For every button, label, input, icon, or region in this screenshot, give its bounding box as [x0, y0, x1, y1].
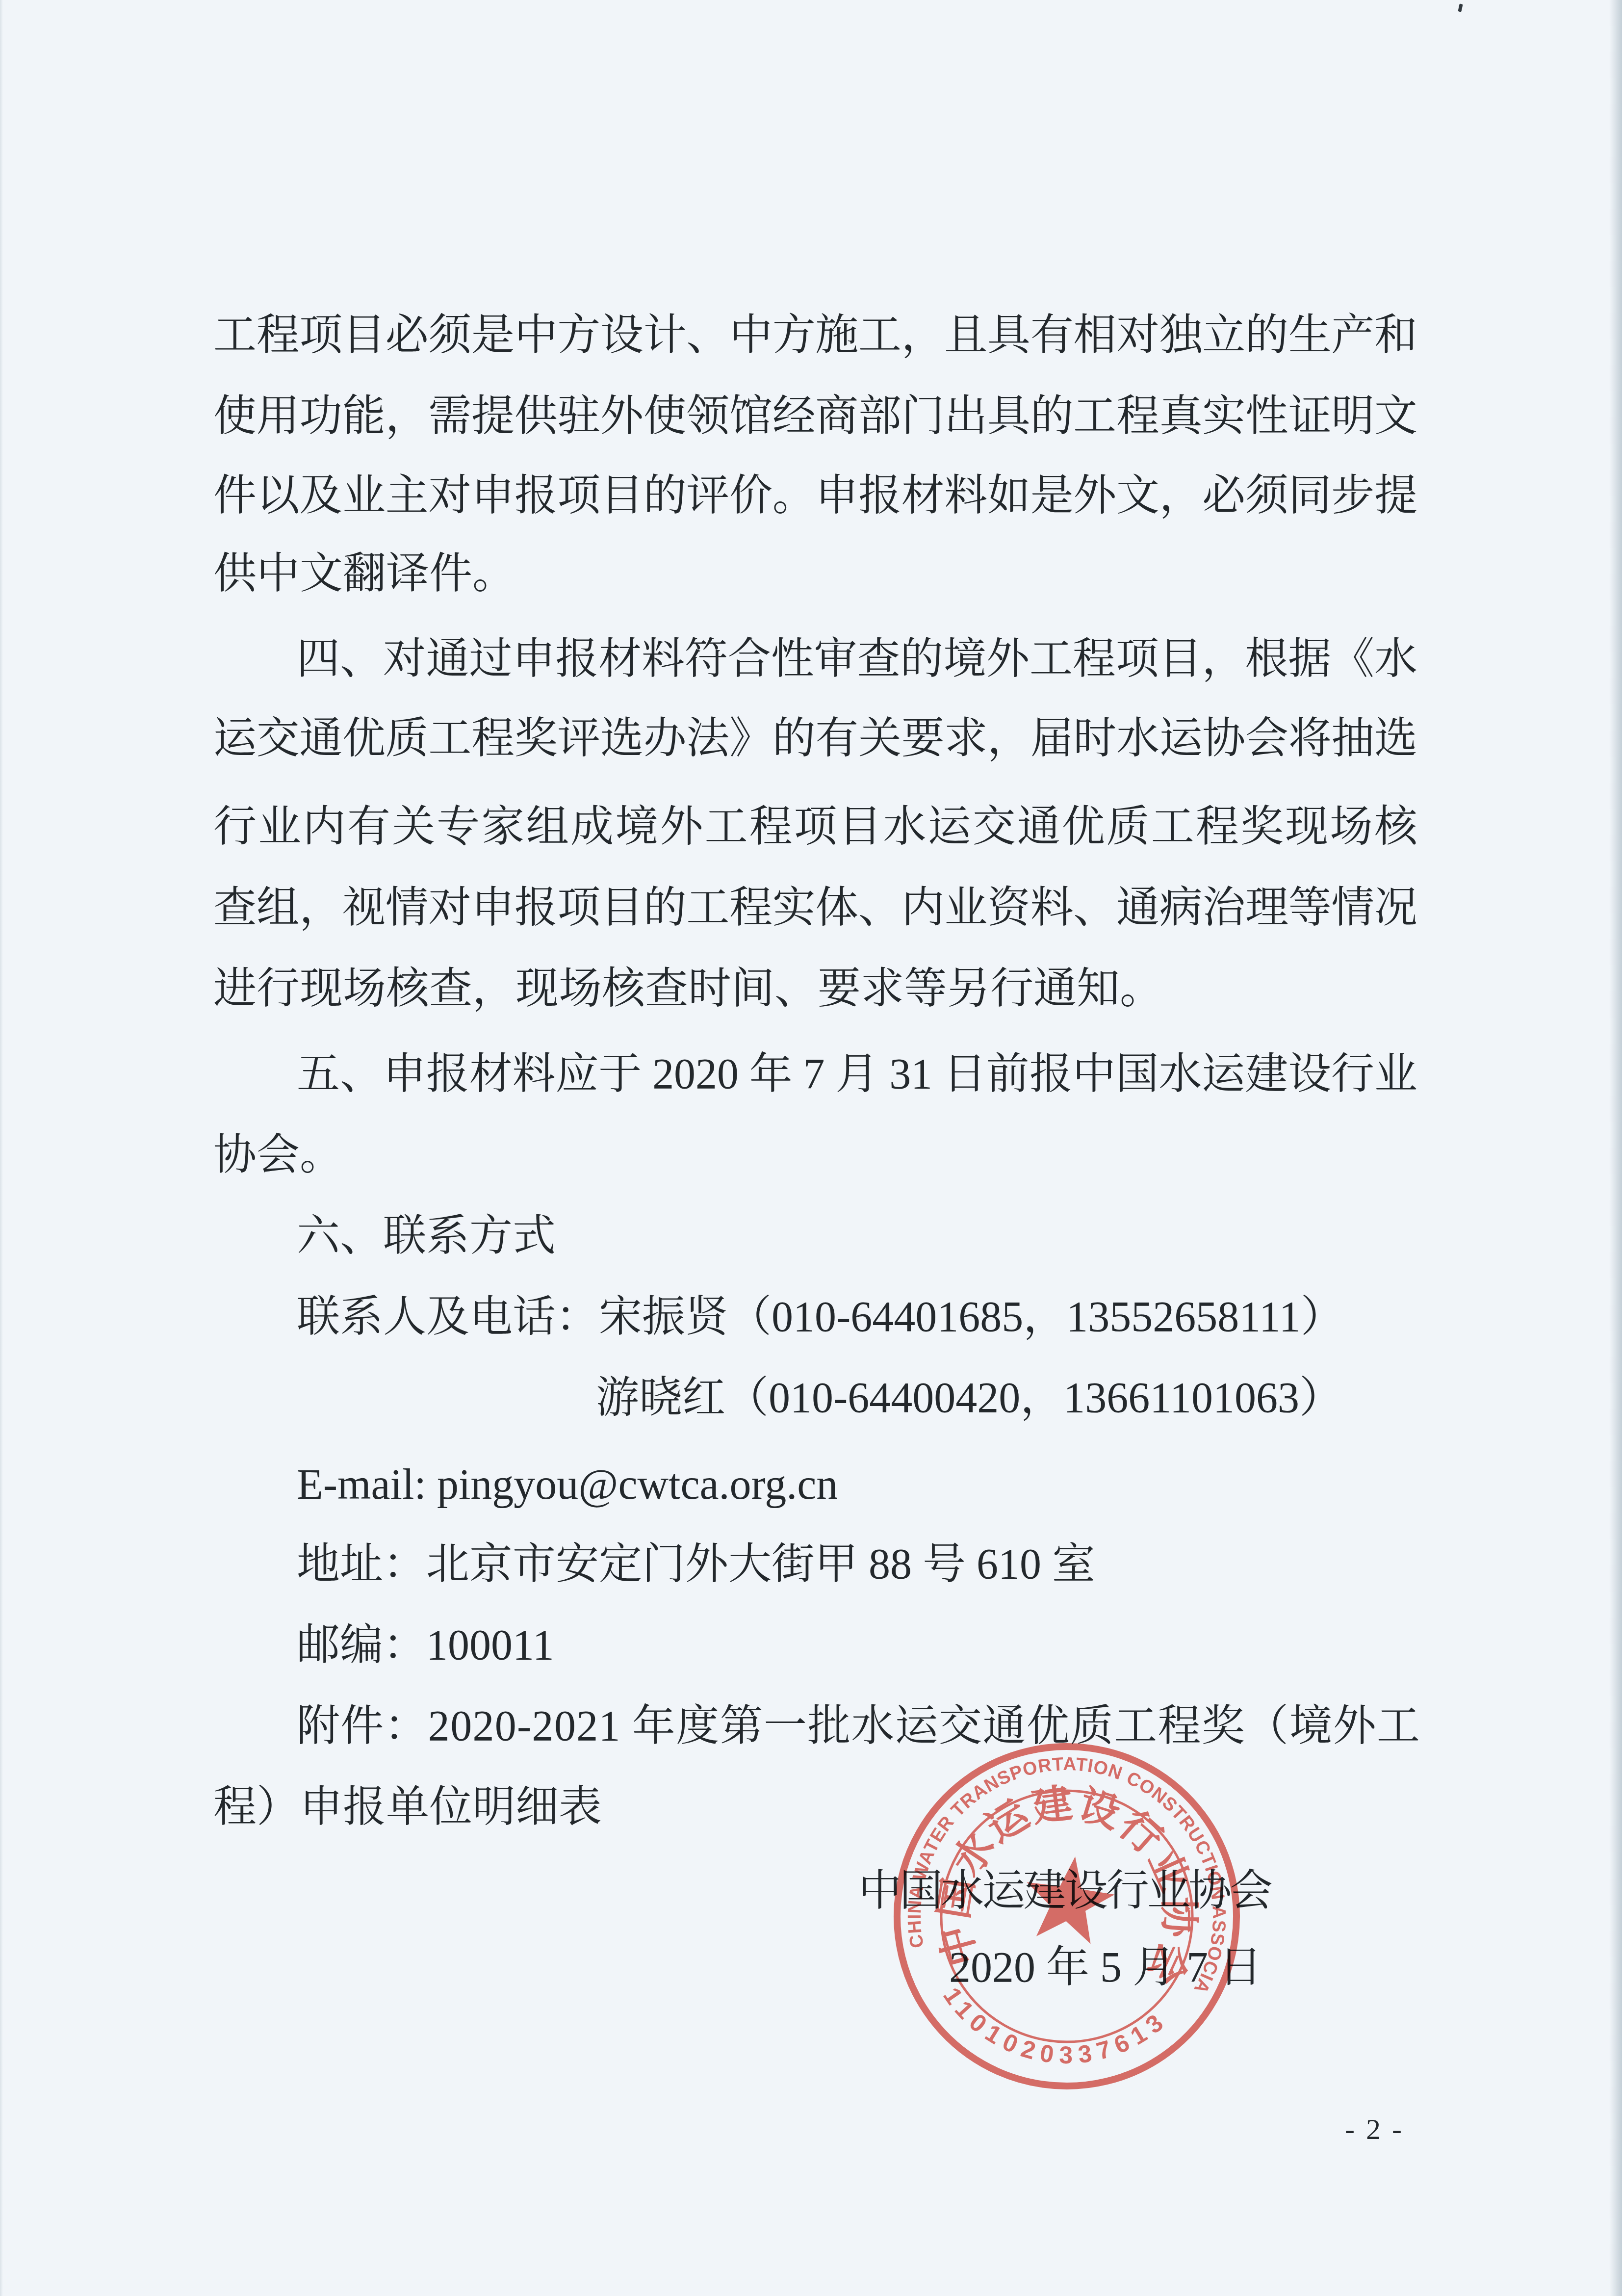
- postcode-line: 邮编：100011: [297, 1616, 554, 1675]
- red-star-icon: [1020, 1851, 1119, 1946]
- official-seal: CHINA WATER TRANSPORTATION CONSTRUCTION …: [890, 1740, 1243, 2093]
- contact-person-line: 游晓红（010-64400420，13661101063）: [596, 1369, 1342, 1428]
- body-line: 工程项目必须是中方设计、中方施工，且具有相对独立的生产和: [213, 306, 1417, 365]
- body-line: 五、申报材料应于 2020 年 7 月 31 日前报中国水运建设行业: [297, 1045, 1417, 1104]
- scan-edge-right: [1609, 0, 1622, 2296]
- address-line: 地址：北京市安定门外大街甲 88 号 610 室: [297, 1535, 1095, 1594]
- attachment-line: 程）申报单位明细表: [213, 1778, 602, 1837]
- scanned-document-page: 工程项目必须是中方设计、中方施工，且具有相对独立的生产和 使用功能，需提供驻外使…: [0, 0, 1622, 2296]
- body-line: 运交通优质工程奖评选办法》的有关要求，届时水运协会将抽选: [213, 709, 1417, 768]
- scan-speck: [1458, 3, 1463, 12]
- body-line: 行业内有关专家组成境外工程项目水运交通优质工程奖现场核: [213, 798, 1419, 857]
- body-line: 四、对通过申报材料符合性审查的境外工程项目，根据《水: [297, 630, 1417, 689]
- svg-text:1101020337613: 1101020337613: [930, 1980, 1171, 2084]
- official-seal-graphic: CHINA WATER TRANSPORTATION CONSTRUCTION …: [890, 1740, 1243, 2093]
- seal-registration-code: 1101020337613: [930, 1980, 1171, 2084]
- body-line: 协会。: [213, 1126, 343, 1185]
- body-line: 供中文翻译件。: [213, 545, 515, 603]
- page-number: - 2 -: [1345, 2112, 1404, 2146]
- body-line: 件以及业主对申报项目的评价。申报材料如是外文，必须同步提: [213, 467, 1417, 525]
- body-line: 进行现场核查，现场核查时间、要求等另行通知。: [213, 960, 1163, 1018]
- body-line: 六、联系方式: [297, 1207, 556, 1266]
- contact-person-line: 联系人及电话：宋振贤（010-64401685，13552658111）: [297, 1288, 1344, 1347]
- email-line: E-mail: pingyou@cwtca.org.cn: [297, 1456, 838, 1514]
- body-line: 查组，视情对申报项目的工程实体、内业资料、通病治理等情况: [213, 879, 1417, 938]
- scan-edge-left: [0, 0, 3, 2296]
- attachment-line: 附件：2020-2021 年度第一批水运交通优质工程奖（境外工: [297, 1697, 1420, 1756]
- body-line: 使用功能，需提供驻外使领馆经商部门出具的工程真实性证明文: [213, 387, 1417, 446]
